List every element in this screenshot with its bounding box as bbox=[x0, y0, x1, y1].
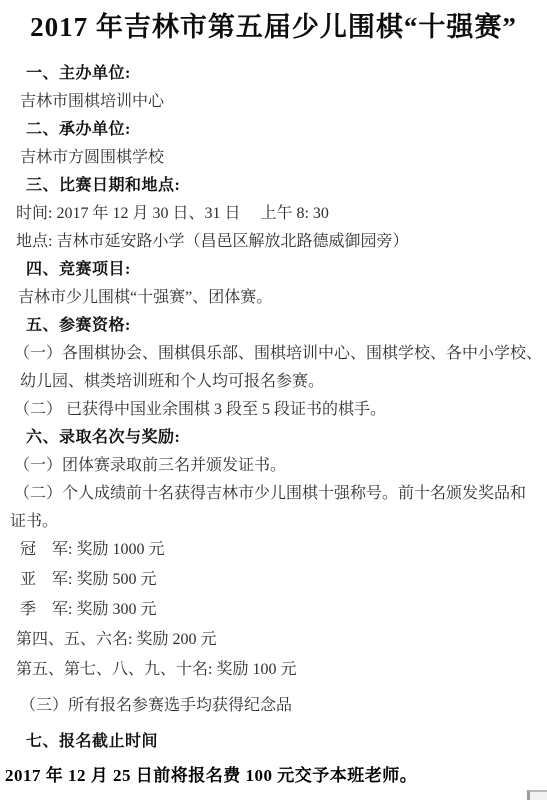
eligibility-item-1-cont: 幼儿园、棋类培训班和个人均可报名参赛。 bbox=[14, 368, 533, 396]
document-body: 2017 年吉林市第五届少儿围棋“十强赛” 一、主办单位: 吉林市围棋培训中心 … bbox=[0, 0, 547, 790]
prize-line-seventh-tenth: 第五、第七、八、九、十名: 奖励 100 元 bbox=[14, 656, 533, 684]
host-name: 吉林市方圆围棋学校 bbox=[14, 144, 533, 172]
section-4-heading: 四、竞赛项目: bbox=[14, 256, 533, 284]
section-1-heading: 一、主办单位: bbox=[14, 60, 533, 88]
eligibility-item-1: （一）各围棋协会、围棋俱乐部、围棋培训中心、围棋学校、各中小学校、 bbox=[14, 340, 533, 368]
awards-item-1: （一）团体赛录取前三名并颁发证书。 bbox=[14, 452, 533, 480]
events-line: 吉林市少儿围棋“十强赛”、团体赛。 bbox=[14, 284, 533, 312]
section-5-heading: 五、参赛资格: bbox=[14, 312, 533, 340]
corner-artifact bbox=[527, 790, 547, 800]
section-7-heading: 七、报名截止时间 bbox=[14, 728, 533, 756]
section-2-heading: 二、承办单位: bbox=[14, 116, 533, 144]
document-title: 2017 年吉林市第五届少儿围棋“十强赛” bbox=[14, 10, 533, 44]
prize-line-runner-up: 亚 军: 奖励 500 元 bbox=[14, 566, 533, 594]
section-3-heading: 三、比赛日期和地点: bbox=[14, 172, 533, 200]
time-line: 时间: 2017 年 12 月 30 日、31 日 上午 8: 30 bbox=[14, 200, 533, 228]
awards-item-2: （二）个人成绩前十名获得吉林市少儿围棋十强称号。前十名颁发奖品和 bbox=[14, 480, 533, 508]
section-6-heading: 六、录取名次与奖励: bbox=[14, 424, 533, 452]
prize-line-champion: 冠 军: 奖励 1000 元 bbox=[14, 536, 533, 564]
eligibility-item-2: （二） 已获得中国业余围棋 3 段至 5 段证书的棋手。 bbox=[14, 396, 533, 424]
organizer-name: 吉林市围棋培训中心 bbox=[14, 88, 533, 116]
deadline-line: 2017 年 12 月 25 日前将报名费 100 元交予本班老师。 bbox=[5, 762, 533, 790]
awards-item-3: （三）所有报名参赛选手均获得纪念品 bbox=[14, 692, 533, 720]
prize-line-third: 季 军: 奖励 300 元 bbox=[14, 596, 533, 624]
prize-line-fourth-sixth: 第四、五、六名: 奖励 200 元 bbox=[14, 626, 533, 654]
awards-item-2-cont: 证书。 bbox=[10, 508, 533, 536]
document-page: 2017 年吉林市第五届少儿围棋“十强赛” 一、主办单位: 吉林市围棋培训中心 … bbox=[0, 0, 547, 800]
location-line: 地点: 吉林市延安路小学（昌邑区解放北路德威御园旁） bbox=[14, 228, 533, 256]
